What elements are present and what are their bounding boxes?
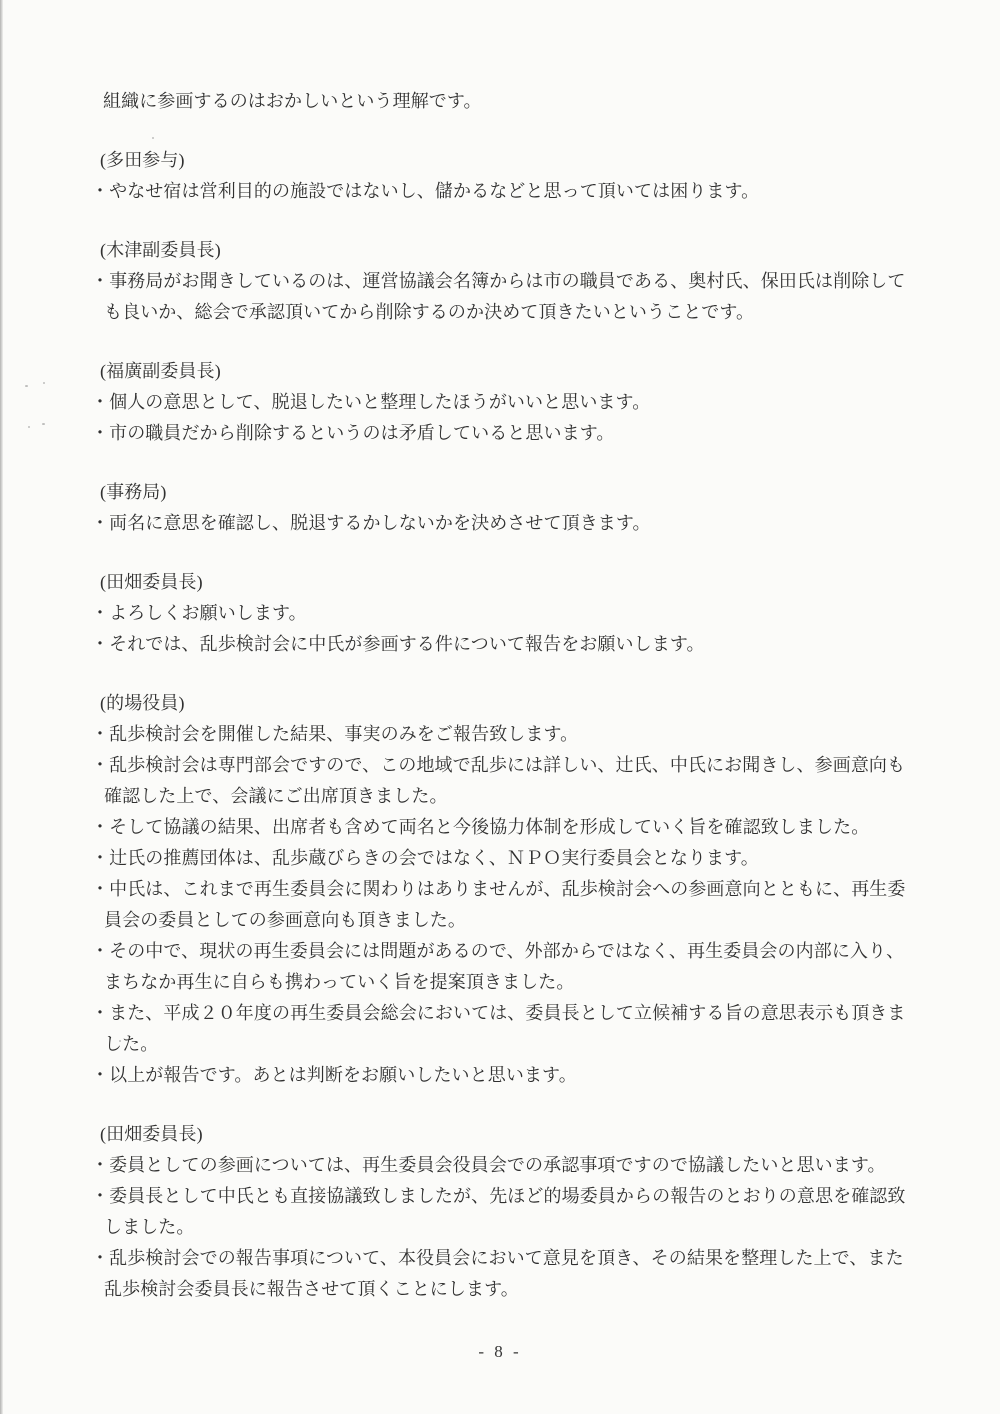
section: (多田参与) ・やなせ宿は営利目的の施設ではないし、儲かるなどと思って頂いては困… [91, 145, 915, 207]
speaker-heading: (木津副委員長) [91, 235, 915, 266]
section: (福廣副委員長) ・個人の意思として、脱退したいと整理したほうがいいと思います。… [91, 356, 915, 449]
speaker-heading: (福廣副委員長) [91, 356, 915, 387]
minute-item: ・よろしくお願いします。 [91, 598, 915, 629]
scan-speckle [42, 423, 45, 425]
minute-item: ・そして協議の結果、出席者も含めて両名と今後協力体制を形成していく旨を確認致しま… [91, 812, 915, 843]
minute-item: ・また、平成２０年度の再生委員会総会においては、委員長として立候補する旨の意思表… [91, 998, 915, 1060]
minute-item: ・それでは、乱歩検討会に中氏が参画する件について報告をお願いします。 [91, 629, 915, 660]
minute-item: ・委員長として中氏とも直接協議致しましたが、先ほど的場委員からの報告のとおりの意… [91, 1181, 915, 1243]
section: (木津副委員長) ・事務局がお聞きしているのは、運営協議会名簿からは市の職員であ… [91, 235, 915, 328]
section: (田畑委員長) ・委員としての参画については、再生委員会役員会での承認事項ですの… [91, 1119, 915, 1305]
scan-speckle [43, 382, 45, 384]
minute-item: ・個人の意思として、脱退したいと整理したほうがいいと思います。 [91, 387, 915, 418]
minute-item: ・市の職員だから削除するというのは矛盾していると思います。 [91, 418, 915, 449]
minutes-body: 組織に参画するのはおかしいという理解です。 (多田参与) ・やなせ宿は営利目的の… [91, 86, 915, 1305]
speaker-heading: (的場役員) [91, 688, 915, 719]
speaker-heading: (事務局) [91, 477, 915, 508]
minute-item: ・委員としての参画については、再生委員会役員会での承認事項ですので協議したいと思… [91, 1150, 915, 1181]
minute-item: ・乱歩検討会での報告事項について、本役員会において意見を頂き、その結果を整理した… [91, 1243, 915, 1305]
minute-item: ・事務局がお聞きしているのは、運営協議会名簿からは市の職員である、奥村氏、保田氏… [91, 266, 915, 328]
scan-speckle [28, 426, 30, 428]
section: (的場役員) ・乱歩検討会を開催した結果、事実のみをご報告致します。 ・乱歩検討… [91, 688, 915, 1091]
scanned-minutes-page: 組織に参画するのはおかしいという理解です。 (多田参与) ・やなせ宿は営利目的の… [0, 0, 1000, 1414]
speaker-heading: (田畑委員長) [91, 567, 915, 598]
minute-item: ・やなせ宿は営利目的の施設ではないし、儲かるなどと思って頂いては困ります。 [91, 176, 915, 207]
speaker-heading: (田畑委員長) [91, 1119, 915, 1150]
minute-item: ・両名に意思を確認し、脱退するかしないかを決めさせて頂きます。 [91, 508, 915, 539]
minute-item: ・乱歩検討会は専門部会ですので、この地域で乱歩には詳しい、辻氏、中氏にお聞きし、… [91, 750, 915, 812]
section: (田畑委員長) ・よろしくお願いします。 ・それでは、乱歩検討会に中氏が参画する… [91, 567, 915, 660]
speaker-heading: (多田参与) [91, 145, 915, 176]
page-number: - 8 - [0, 1342, 1000, 1362]
scan-edge-artifact [0, 0, 3, 1414]
minute-item: ・中氏は、これまで再生委員会に関わりはありませんが、乱歩検討会への参画意向ととも… [91, 874, 915, 936]
minute-item: ・その中で、現状の再生委員会には問題があるので、外部からではなく、再生委員会の内… [91, 936, 915, 998]
section: (事務局) ・両名に意思を確認し、脱退するかしないかを決めさせて頂きます。 [91, 477, 915, 539]
minute-item: ・以上が報告です。あとは判断をお願いしたいと思います。 [91, 1060, 915, 1091]
minute-item: ・辻氏の推薦団体は、乱歩蔵びらきの会ではなく、ＮＰＯ実行委員会となります。 [91, 843, 915, 874]
intro-line: 組織に参画するのはおかしいという理解です。 [91, 86, 915, 117]
scan-speckle [25, 385, 28, 387]
minute-item: ・乱歩検討会を開催した結果、事実のみをご報告致します。 [91, 719, 915, 750]
